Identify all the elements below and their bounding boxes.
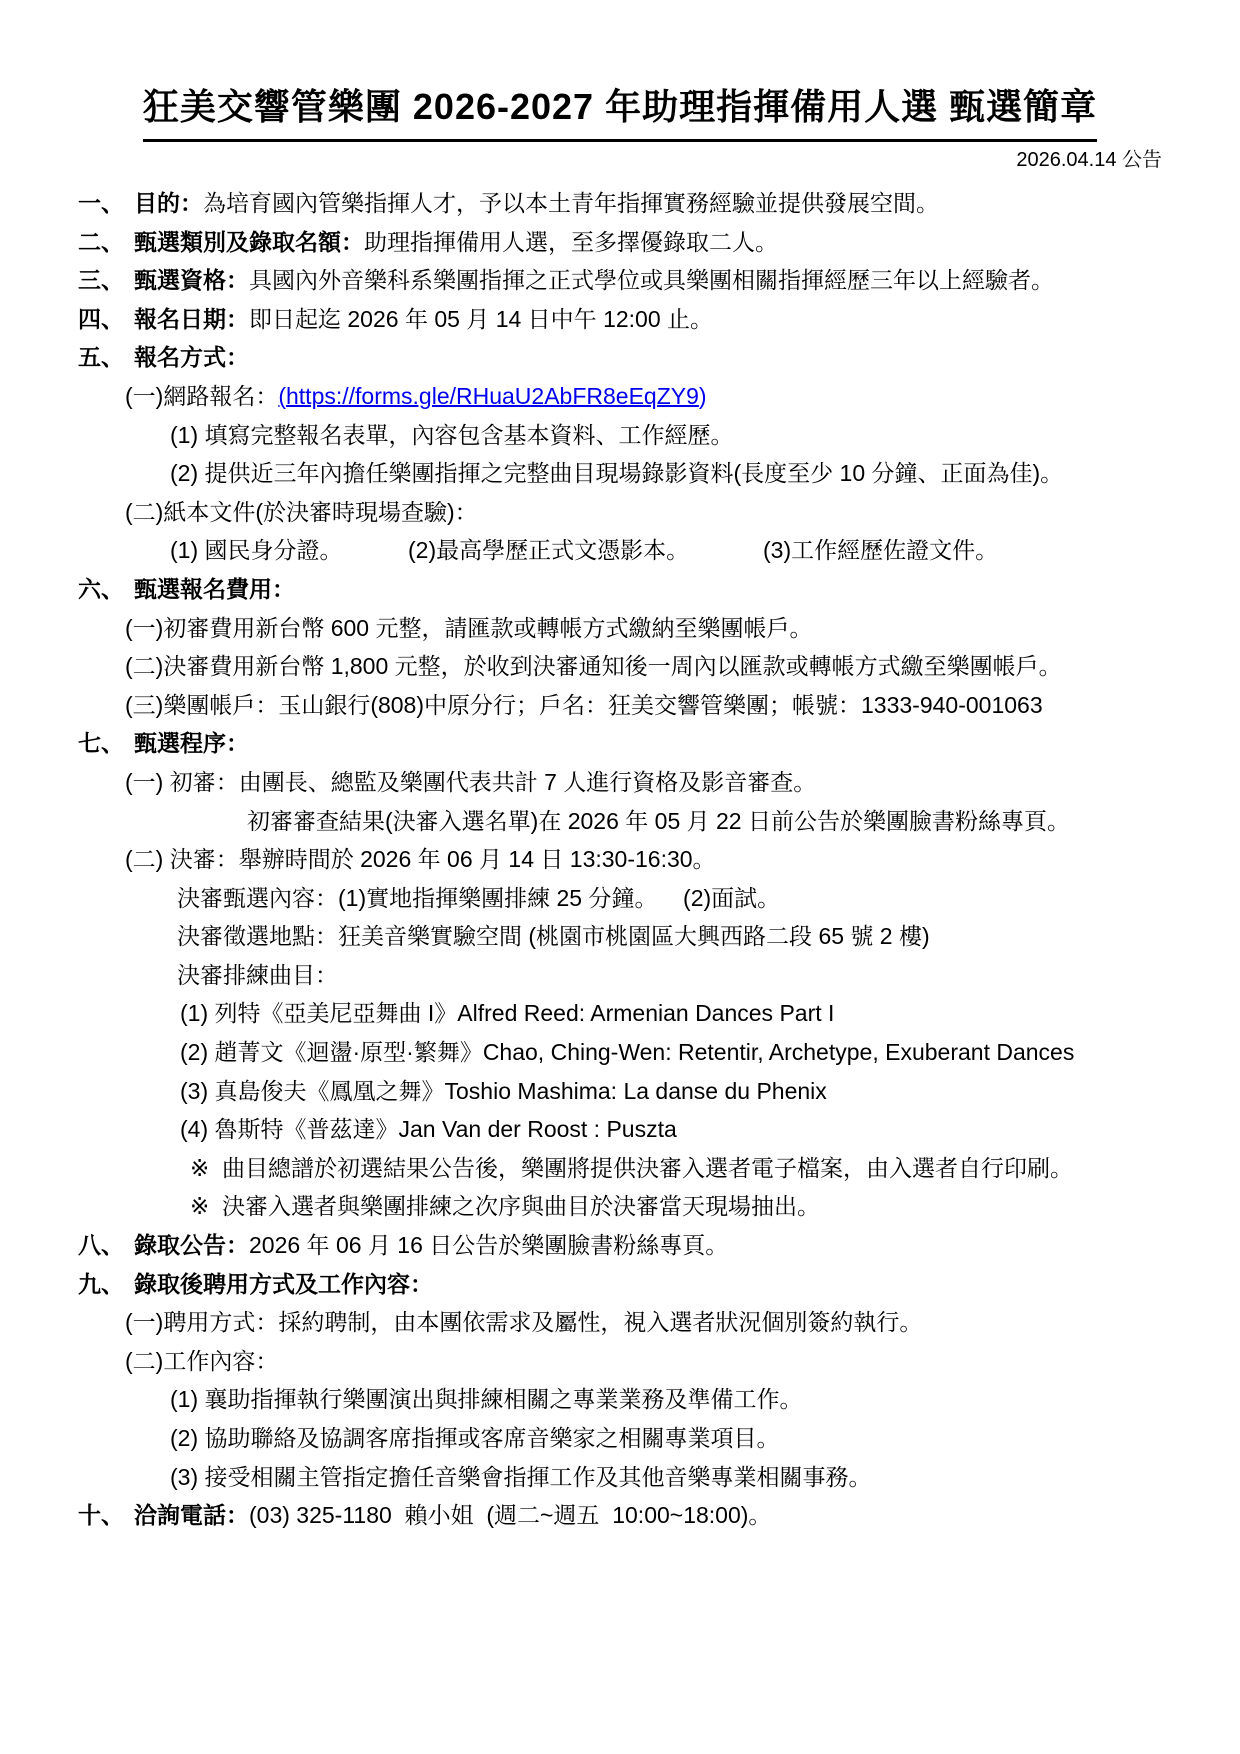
title-row: 狂美交響管樂團 2026-2027 年助理指揮備用人選 甄選簡章 bbox=[0, 80, 1240, 142]
section-4-number: 四、 bbox=[78, 300, 134, 339]
section-10-label: 洽詢電話： bbox=[134, 1502, 249, 1528]
final-content-text: 決審甄選內容：(1)實地指揮樂團排練 25 分鐘。 (2)面試。 bbox=[177, 885, 780, 911]
section-4-label: 報名日期： bbox=[134, 306, 249, 332]
work-task-3-text: (3) 接受相關主管指定擔任音樂會指揮工作及其他音樂專業相關事務。 bbox=[170, 1464, 872, 1490]
repertoire-note-1: ※ 曲目總譜於初選結果公告後，樂團將提供決審入選者電子檔案，由入選者自行印刷。 bbox=[0, 1149, 1240, 1188]
section-10-text: (03) 325-1180 賴小姐 (週二~週五 10:00~18:00)。 bbox=[249, 1502, 771, 1528]
section-8-number: 八、 bbox=[78, 1226, 134, 1265]
online-registration-line: (一)網路報名：(https://forms.gle/RHuaU2AbFR8eE… bbox=[0, 377, 1240, 416]
first-round-result-line: 初審審查結果(決審入選名單)在 2026 年 05 月 22 日前公告於樂團臉書… bbox=[0, 802, 1240, 841]
final-round-text: (二) 決審：舉辦時間於 2026 年 06 月 14 日 13:30-16:3… bbox=[125, 846, 716, 872]
section-7-number: 七、 bbox=[78, 724, 134, 763]
paper-doc-1: (1) 國民身分證。 bbox=[170, 531, 343, 570]
section-5-number: 五、 bbox=[78, 338, 134, 377]
final-location-text: 決審徵選地點：狂美音樂實驗空間 (桃園市桃園區大興西路二段 65 號 2 樓) bbox=[177, 923, 930, 949]
repertoire-piece-2: (2) 趙菁文《迴盪·原型·繁舞》Chao, Ching-Wen: Retent… bbox=[0, 1033, 1240, 1072]
announce-date-row: 2026.04.14 公告 bbox=[0, 146, 1240, 174]
section-1-purpose: 一、目的：為培育國內管樂指揮人才，予以本土青年指揮實務經驗並提供發展空間。 bbox=[0, 184, 1240, 223]
section-3-number: 三、 bbox=[78, 261, 134, 300]
fee-item-1-text: (一)初審費用新台幣 600 元整，請匯款或轉帳方式繳納至樂團帳戶。 bbox=[125, 615, 812, 641]
work-task-1-text: (1) 襄助指揮執行樂團演出與排練相關之專業業務及準備工作。 bbox=[170, 1386, 803, 1412]
work-task-1: (1) 襄助指揮執行樂團演出與排練相關之專業業務及準備工作。 bbox=[0, 1380, 1240, 1419]
section-8-admission-announcement: 八、錄取公告：2026 年 06 月 16 日公告於樂團臉書粉絲專頁。 bbox=[0, 1226, 1240, 1265]
repertoire-piece-1: (1) 列特《亞美尼亞舞曲 I》Alfred Reed: Armenian Da… bbox=[0, 994, 1240, 1033]
section-6-fees: 六、甄選報名費用： bbox=[0, 570, 1240, 609]
section-8-text: 2026 年 06 月 16 日公告於樂團臉書粉絲專頁。 bbox=[249, 1232, 728, 1258]
employment-method-line: (一)聘用方式：採約聘制，由本團依需求及屬性，視入選者狀況個別簽約執行。 bbox=[0, 1303, 1240, 1342]
first-round-result-text: 初審審查結果(決審入選名單)在 2026 年 05 月 22 日前公告於樂團臉書… bbox=[247, 808, 1070, 834]
link-open-paren: ( bbox=[278, 383, 286, 409]
online-item-1: (1) 填寫完整報名表單，內容包含基本資料、工作經歷。 bbox=[0, 416, 1240, 455]
section-5-label: 報名方式： bbox=[134, 344, 249, 370]
final-repertoire-label: 決審排練曲目： bbox=[177, 962, 338, 988]
paper-documents-text: (二)紙本文件(於決審時現場查驗)： bbox=[125, 499, 478, 525]
section-9-label: 錄取後聘用方式及工作內容： bbox=[134, 1271, 433, 1297]
paper-doc-3: (3)工作經歷佐證文件。 bbox=[763, 531, 998, 570]
document-page: 狂美交響管樂團 2026-2027 年助理指揮備用人選 甄選簡章 2026.04… bbox=[0, 0, 1240, 1754]
section-7-label: 甄選程序： bbox=[134, 730, 249, 756]
online-item-2-text: (2) 提供近三年內擔任樂團指揮之完整曲目現場錄影資料(長度至少 10 分鐘、正… bbox=[170, 460, 1063, 486]
final-round-line: (二) 決審：舉辦時間於 2026 年 06 月 14 日 13:30-16:3… bbox=[0, 840, 1240, 879]
work-content-text: (二)工作內容： bbox=[125, 1348, 278, 1374]
section-7-procedure: 七、甄選程序： bbox=[0, 724, 1240, 763]
repertoire-note-1-text: ※ 曲目總譜於初選結果公告後，樂團將提供決審入選者電子檔案，由入選者自行印刷。 bbox=[190, 1155, 1073, 1181]
repertoire-note-2: ※ 決審入選者與樂團排練之次序與曲目於決審當天現場抽出。 bbox=[0, 1187, 1240, 1226]
section-4-text: 即日起迄 2026 年 05 月 14 日中午 12:00 止。 bbox=[249, 306, 713, 332]
first-round-text: (一) 初審：由團長、總監及樂團代表共計 7 人進行資格及影音審查。 bbox=[125, 769, 816, 795]
link-close-paren: ) bbox=[699, 383, 707, 409]
section-2-text: 助理指揮備用人選，至多擇優錄取二人。 bbox=[364, 229, 778, 255]
document-title: 狂美交響管樂團 2026-2027 年助理指揮備用人選 甄選簡章 bbox=[143, 80, 1097, 142]
section-1-label: 目的： bbox=[134, 190, 203, 216]
paper-documents-list: (1) 國民身分證。(2)最高學歷正式文憑影本。(3)工作經歷佐證文件。 bbox=[0, 531, 1240, 570]
repertoire-piece-4: (4) 魯斯特《普茲達》Jan Van der Roost : Puszta bbox=[0, 1110, 1240, 1149]
repertoire-piece-4-text: (4) 魯斯特《普茲達》Jan Van der Roost : Puszta bbox=[180, 1116, 677, 1142]
first-round-line: (一) 初審：由團長、總監及樂團代表共計 7 人進行資格及影音審查。 bbox=[0, 763, 1240, 802]
section-3-text: 具國內外音樂科系樂團指揮之正式學位或具樂團相關指揮經歷三年以上經驗者。 bbox=[249, 267, 1054, 293]
section-6-number: 六、 bbox=[78, 570, 134, 609]
section-1-number: 一、 bbox=[78, 184, 134, 223]
final-repertoire-label-line: 決審排練曲目： bbox=[0, 956, 1240, 995]
section-2-number: 二、 bbox=[78, 223, 134, 262]
online-registration-prefix: (一)網路報名： bbox=[125, 383, 278, 409]
section-6-label: 甄選報名費用： bbox=[134, 576, 295, 602]
section-3-qualification: 三、甄選資格：具國內外音樂科系樂團指揮之正式學位或具樂團相關指揮經歷三年以上經驗… bbox=[0, 261, 1240, 300]
work-task-3: (3) 接受相關主管指定擔任音樂會指揮工作及其他音樂專業相關事務。 bbox=[0, 1458, 1240, 1497]
repertoire-piece-2-text: (2) 趙菁文《迴盪·原型·繁舞》Chao, Ching-Wen: Retent… bbox=[180, 1039, 1074, 1065]
online-item-2: (2) 提供近三年內擔任樂團指揮之完整曲目現場錄影資料(長度至少 10 分鐘、正… bbox=[0, 454, 1240, 493]
paper-documents-line: (二)紙本文件(於決審時現場查驗)： bbox=[0, 493, 1240, 532]
bank-account-line: (三)樂團帳戶：玉山銀行(808)中原分行；戶名：狂美交響管樂團；帳號：1333… bbox=[0, 686, 1240, 725]
section-5-registration-method: 五、報名方式： bbox=[0, 338, 1240, 377]
employment-method-text: (一)聘用方式：採約聘制，由本團依需求及屬性，視入選者狀況個別簽約執行。 bbox=[125, 1309, 922, 1335]
repertoire-piece-1-text: (1) 列特《亞美尼亞舞曲 I》Alfred Reed: Armenian Da… bbox=[180, 1000, 834, 1026]
section-1-text: 為培育國內管樂指揮人才，予以本土青年指揮實務經驗並提供發展空間。 bbox=[203, 190, 939, 216]
repertoire-piece-3: (3) 真島俊夫《鳳凰之舞》Toshio Mashima: La danse d… bbox=[0, 1072, 1240, 1111]
section-9-employment: 九、錄取後聘用方式及工作內容： bbox=[0, 1265, 1240, 1304]
work-content-line: (二)工作內容： bbox=[0, 1342, 1240, 1381]
bank-account-text: (三)樂團帳戶：玉山銀行(808)中原分行；戶名：狂美交響管樂團；帳號：1333… bbox=[125, 692, 1043, 718]
section-3-label: 甄選資格： bbox=[134, 267, 249, 293]
repertoire-note-2-text: ※ 決審入選者與樂團排練之次序與曲目於決審當天現場抽出。 bbox=[190, 1193, 820, 1219]
announce-date: 2026.04.14 公告 bbox=[1016, 149, 1162, 171]
section-8-label: 錄取公告： bbox=[134, 1232, 249, 1258]
repertoire-piece-3-text: (3) 真島俊夫《鳳凰之舞》Toshio Mashima: La danse d… bbox=[180, 1078, 827, 1104]
final-content-line: 決審甄選內容：(1)實地指揮樂團排練 25 分鐘。 (2)面試。 bbox=[0, 879, 1240, 918]
work-task-2: (2) 協助聯絡及協調客席指揮或客席音樂家之相關專業項目。 bbox=[0, 1419, 1240, 1458]
final-location-line: 決審徵選地點：狂美音樂實驗空間 (桃園市桃園區大興西路二段 65 號 2 樓) bbox=[0, 917, 1240, 956]
section-2-category-quota: 二、甄選類別及錄取名額：助理指揮備用人選，至多擇優錄取二人。 bbox=[0, 223, 1240, 262]
registration-link[interactable]: https://forms.gle/RHuaU2AbFR8eEqZY9 bbox=[286, 383, 699, 409]
section-10-contact: 十、洽詢電話：(03) 325-1180 賴小姐 (週二~週五 10:00~18… bbox=[0, 1496, 1240, 1535]
section-9-number: 九、 bbox=[78, 1265, 134, 1304]
document-body: 一、目的：為培育國內管樂指揮人才，予以本土青年指揮實務經驗並提供發展空間。 二、… bbox=[0, 184, 1240, 1535]
section-4-registration-date: 四、報名日期：即日起迄 2026 年 05 月 14 日中午 12:00 止。 bbox=[0, 300, 1240, 339]
section-10-number: 十、 bbox=[78, 1496, 134, 1535]
fee-item-2: (二)決審費用新台幣 1,800 元整，於收到決審通知後一周內以匯款或轉帳方式繳… bbox=[0, 647, 1240, 686]
section-2-label: 甄選類別及錄取名額： bbox=[134, 229, 364, 255]
fee-item-1: (一)初審費用新台幣 600 元整，請匯款或轉帳方式繳納至樂團帳戶。 bbox=[0, 609, 1240, 648]
paper-doc-2: (2)最高學歷正式文憑影本。 bbox=[408, 531, 689, 570]
online-item-1-text: (1) 填寫完整報名表單，內容包含基本資料、工作經歷。 bbox=[170, 422, 734, 448]
fee-item-2-text: (二)決審費用新台幣 1,800 元整，於收到決審通知後一周內以匯款或轉帳方式繳… bbox=[125, 653, 1062, 679]
work-task-2-text: (2) 協助聯絡及協調客席指揮或客席音樂家之相關專業項目。 bbox=[170, 1425, 780, 1451]
